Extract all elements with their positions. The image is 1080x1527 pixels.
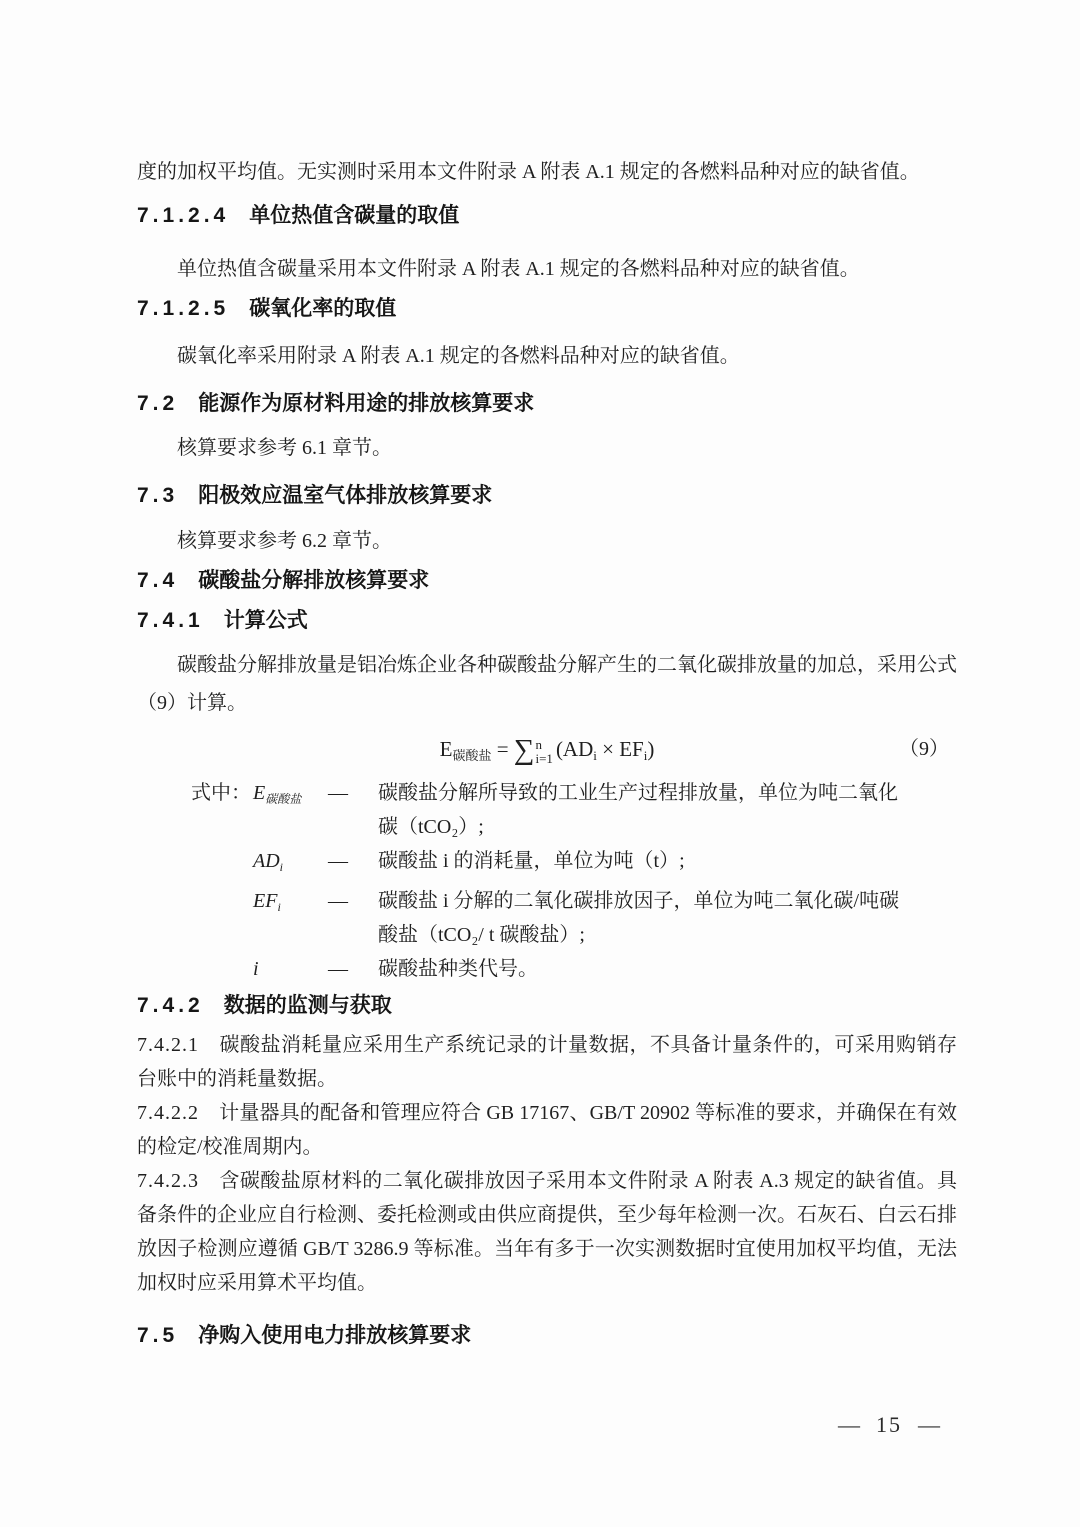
heading-title: 阳极效应温室气体排放核算要求 [198,484,492,507]
clause-number: 7.4.2.3 [137,1170,199,1192]
heading-number: 7.4 [137,569,178,592]
heading-title: 计算公式 [224,609,308,632]
symbol-subscript: i [280,860,283,874]
heading-number: 7.4.1 [137,609,204,632]
heading-7-4-2: 7.4.2数据的监测与获取 [137,986,957,1026]
heading-number: 7.5 [137,1324,178,1347]
heading-7-4: 7.4碳酸盐分解排放核算要求 [137,561,957,601]
equation-lhs: E [440,737,453,761]
definition-row-ad: ADi — 碳酸盐 i 的消耗量，单位为吨（t）; [137,844,957,884]
definition-text: 碳酸盐 i 分解的二氧化碳排放因子，单位为吨二氧化碳/吨碳 酸盐（tCO₂/ t… [378,884,957,952]
heading-7-5: 7.5净购入使用电力排放核算要求 [137,1316,957,1356]
definition-row-ef: EFi — 碳酸盐 i 分解的二氧化碳排放因子，单位为吨二氧化碳/吨碳 酸盐（t… [137,884,957,952]
definition-line: 酸盐（tCO₂/ t 碳酸盐）; [378,918,957,952]
heading-title: 单位热值含碳量的取值 [249,204,459,227]
heading-number: 7.1.2.5 [137,297,229,320]
symbol-e: E碳酸盐 [253,776,328,844]
document-page: 度的加权平均值。无实测时采用本文件附录 A 附表 A.1 规定的各燃料品种对应的… [0,0,1080,1527]
clause-text: 碳酸盐消耗量应采用生产系统记录的计量数据，不具备计量条件的，可采用购销存台账中的… [137,1034,957,1090]
where-label [137,952,253,986]
clause-text: 计量器具的配备和管理应符合 GB 17167、GB/T 20902 等标准的要求… [137,1102,957,1158]
symbol-ad: ADi [253,844,328,884]
paragraph-7-2: 核算要求参考 6.1 章节。 [137,428,957,468]
symbol-base: EF [253,890,277,912]
where-label [137,884,253,952]
heading-7-4-1: 7.4.1计算公式 [137,601,957,641]
paragraph-7-1-2-4: 单位热值含碳量采用本文件附录 A 附表 A.1 规定的各燃料品种对应的缺省值。 [137,249,957,289]
definition-text: 碳酸盐种类代号。 [378,952,957,986]
heading-7-1-2-4: 7.1.2.4单位热值含碳量的取值 [137,196,957,236]
definition-dash: — [328,776,378,844]
sigma-lower-limit: i=1 [535,752,552,766]
paragraph-7-1-2-5: 碳氧化率采用附录 A 附表 A.1 规定的各燃料品种对应的缺省值。 [137,336,957,376]
definition-dash: — [328,884,378,952]
equals-sign: = [491,737,513,761]
where-label: 式中： [137,776,253,844]
symbol-subscript: 碳酸盐 [265,792,301,806]
clause-number: 7.4.2.1 [137,1034,199,1056]
footer-dash-left: — [838,1412,860,1437]
symbol-subscript: i [277,900,280,914]
symbol-definitions: 式中： E碳酸盐 — 碳酸盐分解所导致的工业生产过程排放量，单位为吨二氧化 碳（… [137,776,957,986]
equation-lhs-subscript: 碳酸盐 [452,748,491,763]
heading-number: 7.2 [137,392,178,415]
equation-close-paren: ) [647,737,654,761]
heading-title: 数据的监测与获取 [224,994,392,1017]
equation-9-row: E碳酸盐 = ∑ni=1(ADi × EFi) （9） [137,726,957,772]
page-footer: —15— [838,1408,940,1442]
definition-line: 碳酸盐 i 分解的二氧化碳排放因子，单位为吨二氧化碳/吨碳 [378,884,957,918]
heading-number: 7.3 [137,484,178,507]
paragraph-7-4-2-2: 7.4.2.2计量器具的配备和管理应符合 GB 17167、GB/T 20902… [137,1096,957,1164]
multiplication-sign: × [597,737,619,761]
heading-title: 净购入使用电力排放核算要求 [198,1324,471,1347]
definition-dash: — [328,952,378,986]
footer-dash-right: — [918,1412,940,1437]
symbol-i: i [253,952,328,986]
definition-row-i: i — 碳酸盐种类代号。 [137,952,957,986]
definition-line: 碳酸盐 i 的消耗量，单位为吨（t）; [378,844,957,878]
symbol-base: i [253,958,259,980]
heading-title: 碳酸盐分解排放核算要求 [198,569,429,592]
sigma-symbol: ∑ [514,734,535,766]
equation-number: （9） [899,726,949,772]
equation-9: E碳酸盐 = ∑ni=1(ADi × EFi) [137,726,957,779]
heading-title: 碳氧化率的取值 [249,297,396,320]
paragraph-continuation: 度的加权平均值。无实测时采用本文件附录 A 附表 A.1 规定的各燃料品种对应的… [137,152,957,192]
symbol-ef: EFi [253,884,328,952]
definition-row-e: 式中： E碳酸盐 — 碳酸盐分解所导致的工业生产过程排放量，单位为吨二氧化 碳（… [137,776,957,844]
paragraph-7-4-2-3: 7.4.2.3含碳酸盐原材料的二氧化碳排放因子采用本文件附录 A 附表 A.3 … [137,1164,957,1300]
heading-7-2: 7.2能源作为原材料用途的排放核算要求 [137,384,957,424]
heading-number: 7.4.2 [137,994,204,1017]
where-label [137,844,253,884]
page-number: 15 [876,1412,902,1437]
definition-line: 碳（tCO₂）; [378,810,957,844]
heading-7-3: 7.3阳极效应温室气体排放核算要求 [137,476,957,516]
heading-number: 7.1.2.4 [137,204,229,227]
definition-dash: — [328,844,378,884]
equation-term-ad: (AD [556,737,593,761]
symbol-base: AD [253,850,280,872]
heading-title: 能源作为原材料用途的排放核算要求 [198,392,534,415]
equation-term-ef: EF [619,737,644,761]
paragraph-7-4-2-1: 7.4.2.1碳酸盐消耗量应采用生产系统记录的计量数据，不具备计量条件的，可采用… [137,1028,957,1096]
symbol-base: E [253,782,265,804]
definition-text: 碳酸盐 i 的消耗量，单位为吨（t）; [378,844,957,884]
definition-text: 碳酸盐分解所导致的工业生产过程排放量，单位为吨二氧化 碳（tCO₂）; [378,776,957,844]
clause-number: 7.4.2.2 [137,1102,199,1124]
clause-text: 含碳酸盐原材料的二氧化碳排放因子采用本文件附录 A 附表 A.3 规定的缺省值。… [137,1170,957,1294]
heading-7-1-2-5: 7.1.2.5碳氧化率的取值 [137,289,957,329]
sigma-limits: ni=1 [535,738,552,765]
definition-line: 碳酸盐种类代号。 [378,952,957,986]
paragraph-7-3: 核算要求参考 6.2 章节。 [137,521,957,561]
paragraph-7-4-1: 碳酸盐分解排放量是铝冶炼企业各种碳酸盐分解产生的二氧化碳排放量的加总，采用公式（… [137,646,957,722]
sigma-upper-limit: n [535,738,552,752]
definition-line: 碳酸盐分解所导致的工业生产过程排放量，单位为吨二氧化 [378,776,957,810]
